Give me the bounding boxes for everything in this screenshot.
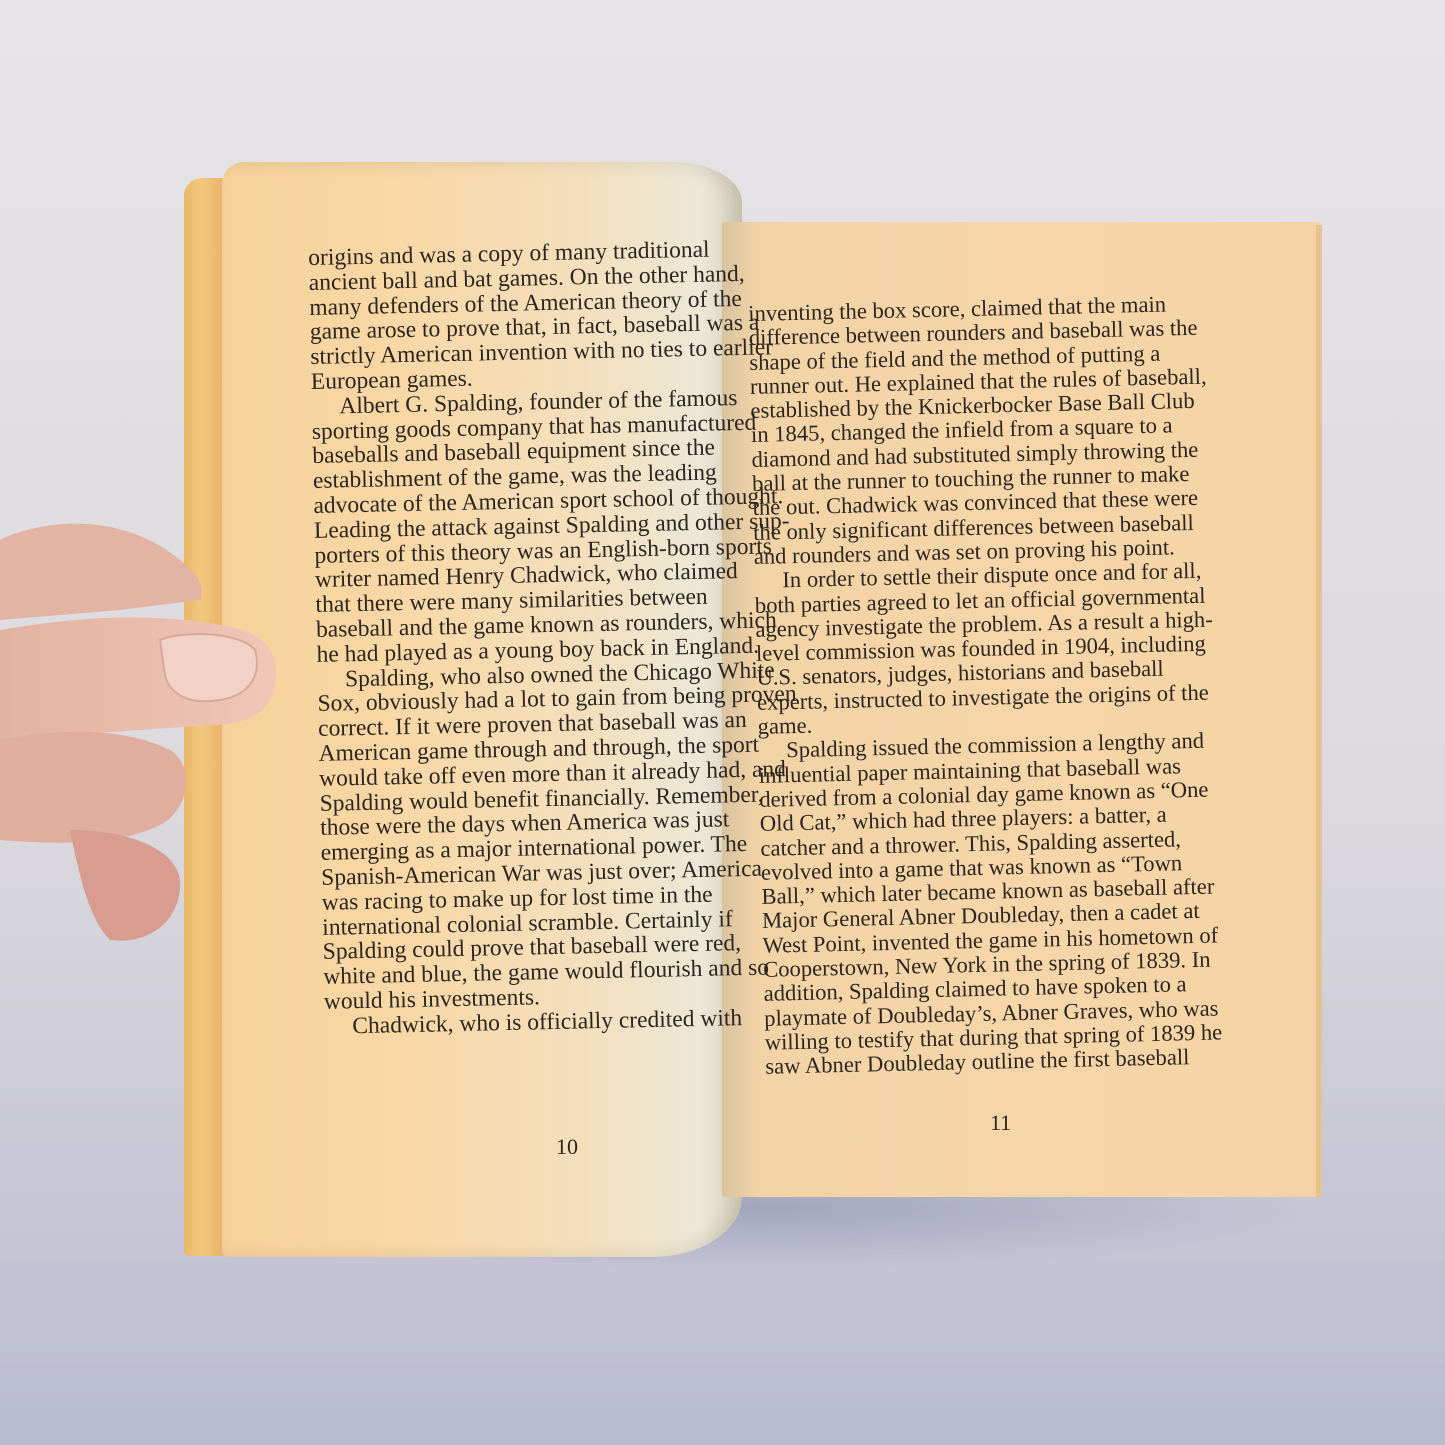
page-number-right: 11 (990, 1110, 1011, 1136)
photo-scene: origins and was a copy of many tradition… (0, 0, 1445, 1445)
right-page-text: inventing the box score, claimed that th… (748, 292, 1223, 1080)
left-page-text: origins and was a copy of many tradition… (308, 236, 804, 1039)
right-page-edge (1316, 225, 1322, 1197)
page-number-left: 10 (556, 1134, 578, 1160)
hand-icon (0, 500, 290, 980)
